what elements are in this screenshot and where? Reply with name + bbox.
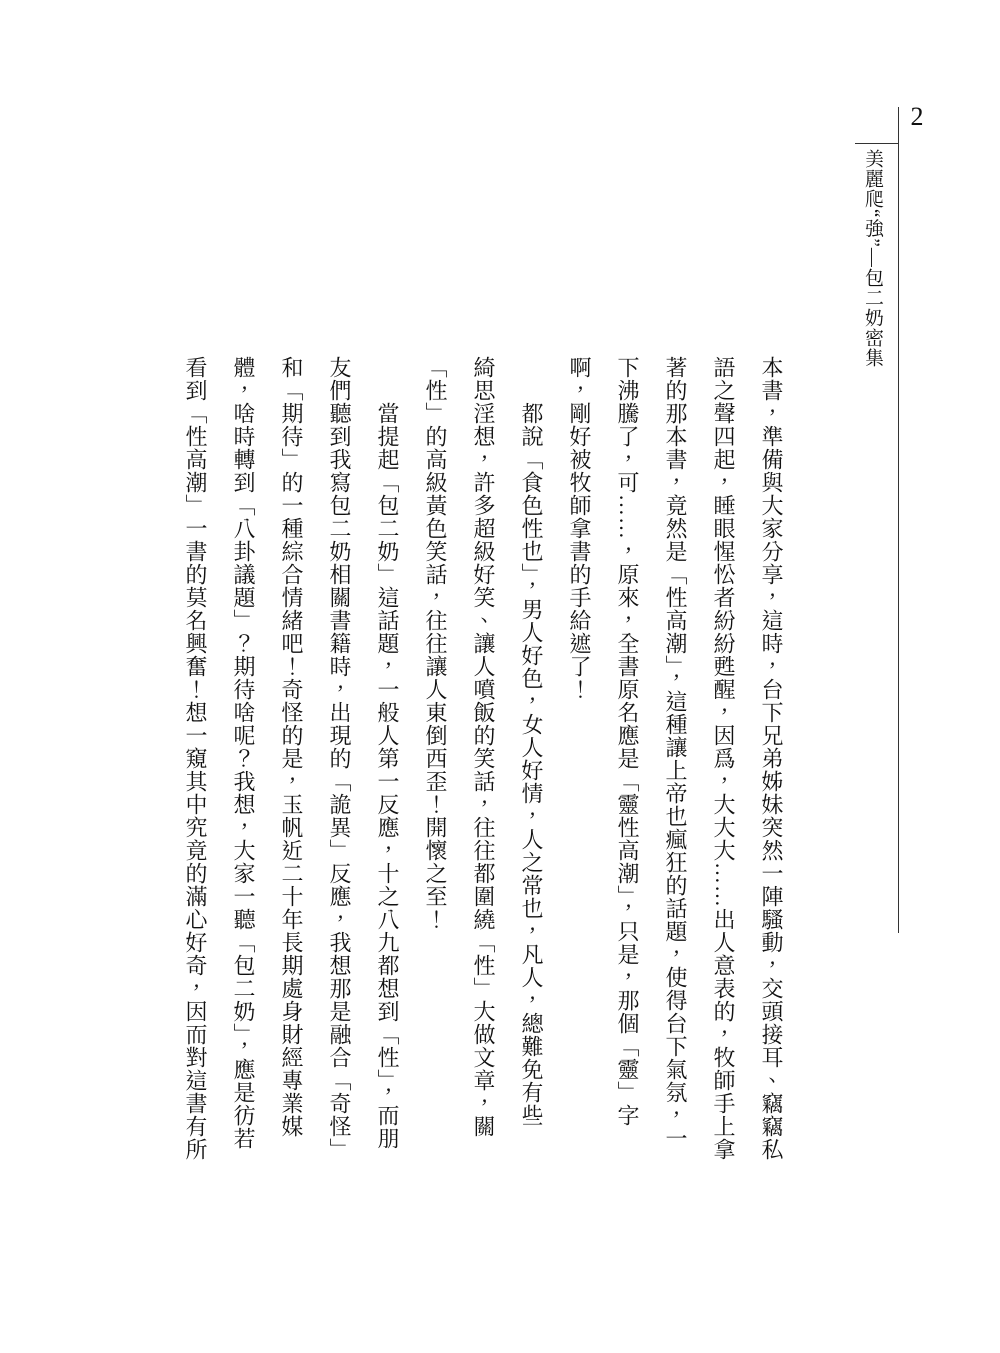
text-column: 啊，剛好被牧師拿書的手給遮了！ xyxy=(555,356,603,1174)
text-column: 著的那本書，竟然是「性高潮」，這種讓上帝也瘋狂的話題，使得台下氣氛，一 xyxy=(651,356,699,1174)
running-title: 美麗爬“強”—包二奶密集 xyxy=(858,149,886,389)
text-column: 和「期待」的一種綜合情緒吧！奇怪的是，玉帆近二十年長期處身財經專業媒 xyxy=(267,356,315,1174)
text-column: 看到「性高潮」一書的莫名興奮！想一窺其中究竟的滿心好奇，因而對這書有所 xyxy=(171,356,219,1174)
text-column: 當提起「包二奶」這話題，一般人第一反應，十之八九都想到「性」，而朋 xyxy=(363,356,411,1174)
text-column: 本書，準備與大家分享，這時，台下兄弟姊妹突然一陣騷動，交頭接耳、竊竊私 xyxy=(747,356,795,1174)
book-page: 2 美麗爬“強”—包二奶密集 本書，準備與大家分享，這時，台下兄弟姊妹突然一陣騷… xyxy=(0,0,1000,1353)
margin-vertical-rule xyxy=(898,107,899,933)
text-column: 友們聽到我寫包二奶相關書籍時，出現的「詭異」反應，我想那是融合「奇怪」 xyxy=(315,356,363,1174)
header-horizontal-rule xyxy=(855,143,898,144)
text-column: 綺思淫想，許多超級好笑、讓人噴飯的笑話，往往都圍繞「性」大做文章，關 xyxy=(459,356,507,1174)
main-text-block: 本書，準備與大家分享，這時，台下兄弟姊妹突然一陣騷動，交頭接耳、竊竊私語之聲四起… xyxy=(171,356,795,1174)
text-column: 語之聲四起，睡眼惺忪者紛紛甦醒，因爲，大大大……出人意表的，牧師手上拿 xyxy=(699,356,747,1174)
text-column: 「性」的高級黃色笑話，往往讓人東倒西歪！開懷之至！ xyxy=(411,356,459,1174)
text-column: 下沸騰了，可……，原來，全書原名應是「靈性高潮」，只是，那個「靈」字 xyxy=(603,356,651,1174)
page-number: 2 xyxy=(903,104,931,130)
text-column: 都說「食色性也」，男人好色，女人好情，人之常也，凡人，總難免有些 xyxy=(507,356,555,1174)
text-column: 體，啥時轉到「八卦議題」？期待啥呢？我想，大家一聽「包二奶」，應是彷若 xyxy=(219,356,267,1174)
